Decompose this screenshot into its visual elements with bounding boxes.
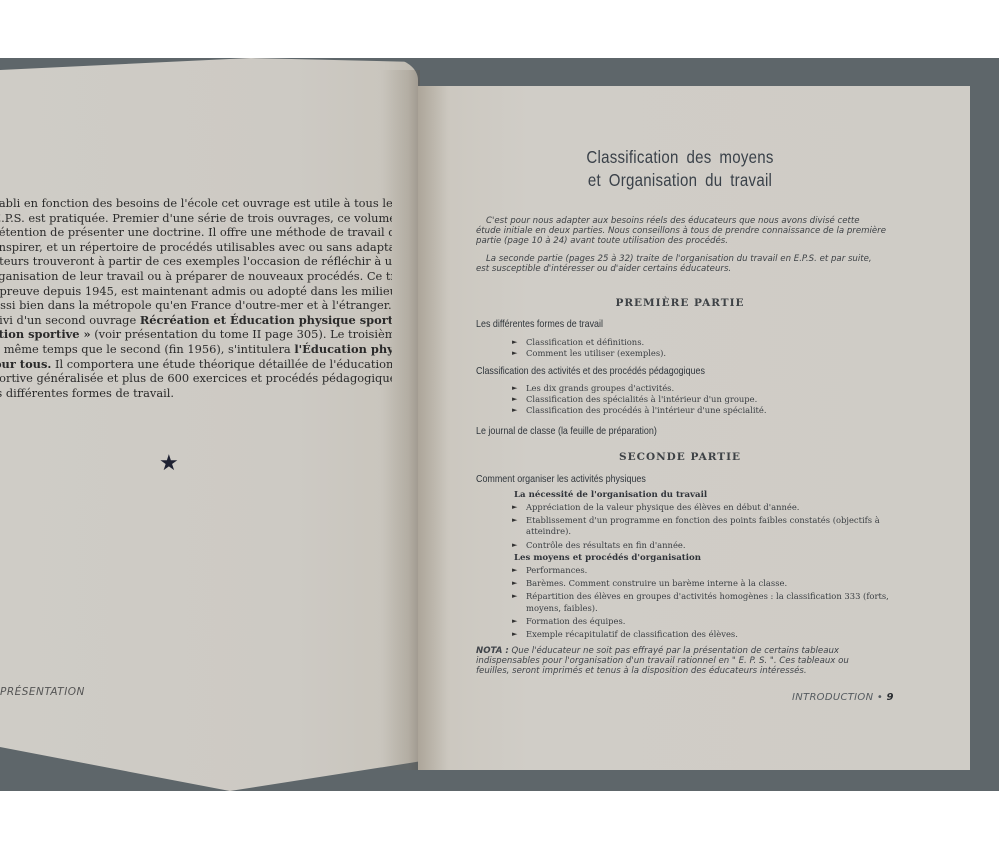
right-page-footer: INTRODUCTION • 9 xyxy=(792,692,894,703)
body-line: cateurs trouveront à partir de ces exemp… xyxy=(0,254,392,269)
body-line: les différentes formes de travail. xyxy=(0,386,392,401)
triangle-bullet-icon: ► xyxy=(512,394,517,405)
triangle-bullet-icon: ► xyxy=(512,337,517,348)
triangle-bullet-icon: ► xyxy=(512,502,517,513)
footer-separator: • xyxy=(877,692,883,703)
page-title-line: et Organisation du travail xyxy=(577,169,783,192)
part-title-premiere: PREMIÈRE PARTIE xyxy=(560,297,800,309)
bullet-item: ►Contrôle des résultats en fin d'année. xyxy=(512,540,926,551)
body-line: s'inspirer, et un répertoire de procédés… xyxy=(0,240,392,255)
body-line: prétention de présenter une doctrine. Il… xyxy=(0,225,392,240)
triangle-bullet-icon: ► xyxy=(512,405,517,416)
page-title: Classification des moyens et Organisatio… xyxy=(577,146,783,192)
bullet-item: ►Performances. xyxy=(512,565,926,576)
body-line: Établi en fonction des besoins de l'écol… xyxy=(0,196,392,211)
star-icon: ★ xyxy=(159,451,179,476)
left-page xyxy=(0,58,418,791)
triangle-bullet-icon: ► xyxy=(512,616,517,627)
body-line: en même temps que le second (fin 1956), … xyxy=(0,342,392,357)
bullet-item: ►Les dix grands groupes d'activités. xyxy=(512,383,767,394)
bullet-list: ►Performances.►Barèmes. Comment construi… xyxy=(512,565,926,642)
subsection-heading: Les moyens et procédés d'organisation xyxy=(514,553,701,563)
triangle-bullet-icon: ► xyxy=(512,565,517,576)
section-heading: Comment organiser les activités physique… xyxy=(476,474,646,485)
bullet-item: ►Classification des spécialités à l'inté… xyxy=(512,394,767,405)
left-page-footer: PRÉSENTATION xyxy=(0,686,85,698)
body-line: l'épreuve depuis 1945, est maintenant ad… xyxy=(0,284,392,299)
triangle-bullet-icon: ► xyxy=(512,629,517,640)
bullet-item: ►Barèmes. Comment construire un barème i… xyxy=(512,578,926,589)
bullet-item: ►Comment les utiliser (exemples). xyxy=(512,348,666,359)
bullet-item: ►Appréciation de la valeur physique des … xyxy=(512,502,926,513)
body-line: suivi d'un second ouvrage Récréation et … xyxy=(0,313,392,328)
left-page-body: Établi en fonction des besoins de l'écol… xyxy=(0,196,392,400)
section-heading: Classification des activités et des proc… xyxy=(476,366,705,377)
triangle-bullet-icon: ► xyxy=(512,540,517,551)
bullet-item: ►Classification et définitions. xyxy=(512,337,666,348)
gutter-shadow xyxy=(418,86,448,770)
body-line: organisation de leur travail ou à prépar… xyxy=(0,269,392,284)
triangle-bullet-icon: ► xyxy=(512,348,517,359)
part-title-seconde: SECONDE PARTIE xyxy=(560,451,800,463)
section-heading: Le journal de classe (la feuille de prép… xyxy=(476,426,657,437)
page-number: 9 xyxy=(887,692,894,703)
section-heading: Les différentes formes de travail xyxy=(476,319,603,330)
triangle-bullet-icon: ► xyxy=(512,383,517,394)
footer-section: INTRODUCTION xyxy=(792,692,873,703)
bullet-item: ►Répartition des élèves en groupes d'act… xyxy=(512,591,926,613)
triangle-bullet-icon: ► xyxy=(512,515,517,526)
triangle-bullet-icon: ► xyxy=(512,578,517,589)
bullet-list: ►Appréciation de la valeur physique des … xyxy=(512,502,926,553)
intro-paragraph: C'est pour nous adapter aux besoins réel… xyxy=(476,216,921,246)
bullet-item: ►Formation des équipes. xyxy=(512,616,926,627)
intro-paragraphs: C'est pour nous adapter aux besoins réel… xyxy=(476,216,921,282)
intro-paragraph: La seconde partie (pages 25 à 32) traite… xyxy=(476,254,921,274)
left-page-curl-shadow xyxy=(380,70,420,770)
subsection-heading: La nécessité de l'organisation du travai… xyxy=(514,490,707,500)
bullet-item: ►Classification des procédés à l'intérie… xyxy=(512,405,767,416)
bullet-item: ►Exemple récapitulatif de classification… xyxy=(512,629,926,640)
body-line: aussi bien dans la métropole qu'en Franc… xyxy=(0,298,392,313)
bullet-item: ►Etablissement d'un programme en fonctio… xyxy=(512,515,926,537)
body-line: sportive généralisée et plus de 600 exer… xyxy=(0,371,392,386)
bullet-list: ►Les dix grands groupes d'activités.►Cla… xyxy=(512,383,767,417)
body-line: l'E.P.S. est pratiquée. Premier d'une sé… xyxy=(0,211,392,226)
triangle-bullet-icon: ► xyxy=(512,591,517,602)
nota-paragraph: NOTA : Que l'éducateur ne soit pas effra… xyxy=(476,646,921,676)
bullet-list: ►Classification et définitions.►Comment … xyxy=(512,337,666,359)
page-title-line: Classification des moyens xyxy=(577,146,783,169)
body-line: pour tous. Il comportera une étude théor… xyxy=(0,357,392,372)
body-line: tation sportive » (voir présentation du … xyxy=(0,327,392,342)
